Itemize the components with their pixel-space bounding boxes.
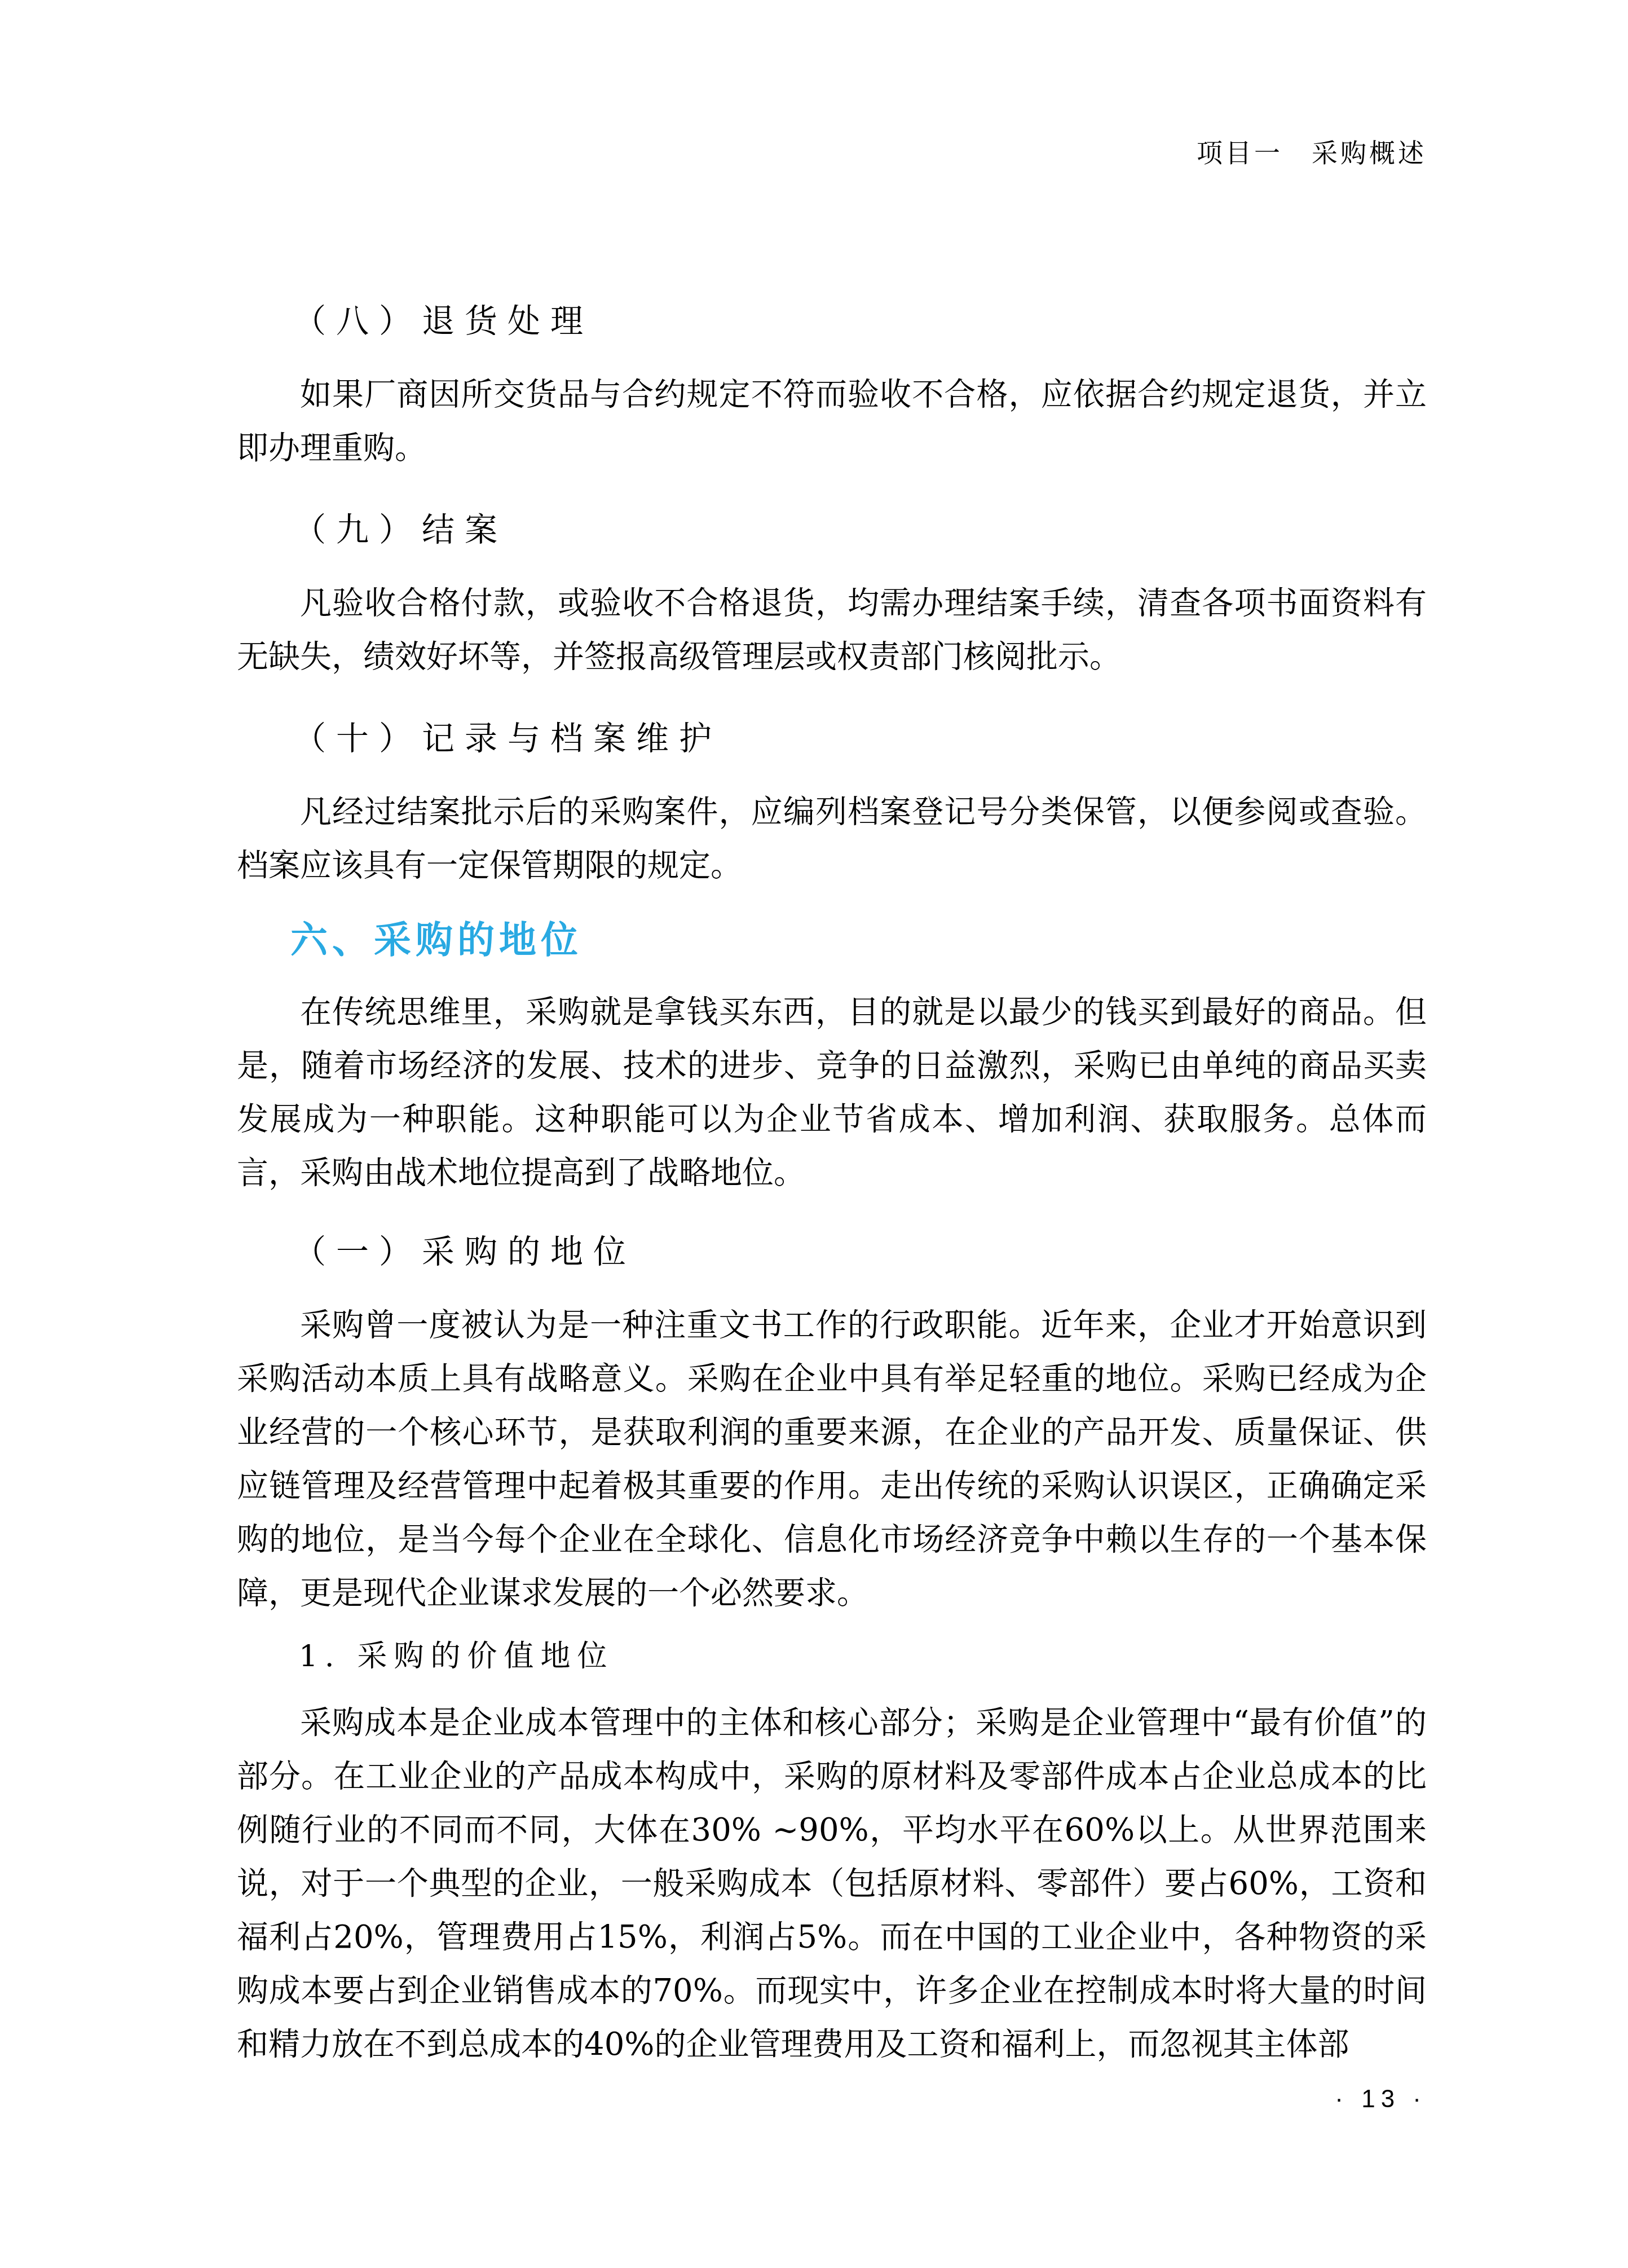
paragraph-returns-processing: 如果厂商因所交货品与合约规定不符而验收不合格，应依据合约规定退货，并立即办理重购… <box>237 368 1427 475</box>
section-heading-records-archives: （十）记录与档案维护 <box>237 712 1427 765</box>
section-heading-returns-processing: （八）退货处理 <box>237 294 1427 348</box>
paragraph-records-archives: 凡经过结案批示后的采购案件，应编列档案登记号分类保管，以便参阅或查验。档案应该具… <box>237 785 1427 892</box>
chapter-heading-procurement-status: 六、采购的地位 <box>237 912 1427 968</box>
paragraph-procurement-status-intro: 在传统思维里，采购就是拿钱买东西，目的就是以最少的钱买到最好的商品。但是，随着市… <box>237 985 1427 1200</box>
subsection-heading-procurement-status: （一）采购的地位 <box>237 1225 1427 1279</box>
paragraph-procurement-value: 采购成本是企业成本管理中的主体和核心部分；采购是企业管理中“最有价值”的部分。在… <box>237 1696 1427 2071</box>
paragraph-case-closing: 凡验收合格付款，或验收不合格退货，均需办理结案手续，清查各项书面资料有无缺失，绩… <box>237 576 1427 684</box>
paragraph-procurement-status: 采购曾一度被认为是一种注重文书工作的行政职能。近年来，企业才开始意识到采购活动本… <box>237 1298 1427 1620</box>
running-header-title: 项目一 采购概述 <box>237 138 1427 168</box>
section-heading-case-closing: （九）结案 <box>237 503 1427 557</box>
page-number: · 13 · <box>237 2085 1427 2113</box>
book-page: 项目一 采购概述 （八）退货处理 如果厂商因所交货品与合约规定不符而验收不合格，… <box>0 0 1628 2268</box>
numbered-heading-procurement-value: 1. 采购的价值地位 <box>237 1631 1427 1682</box>
